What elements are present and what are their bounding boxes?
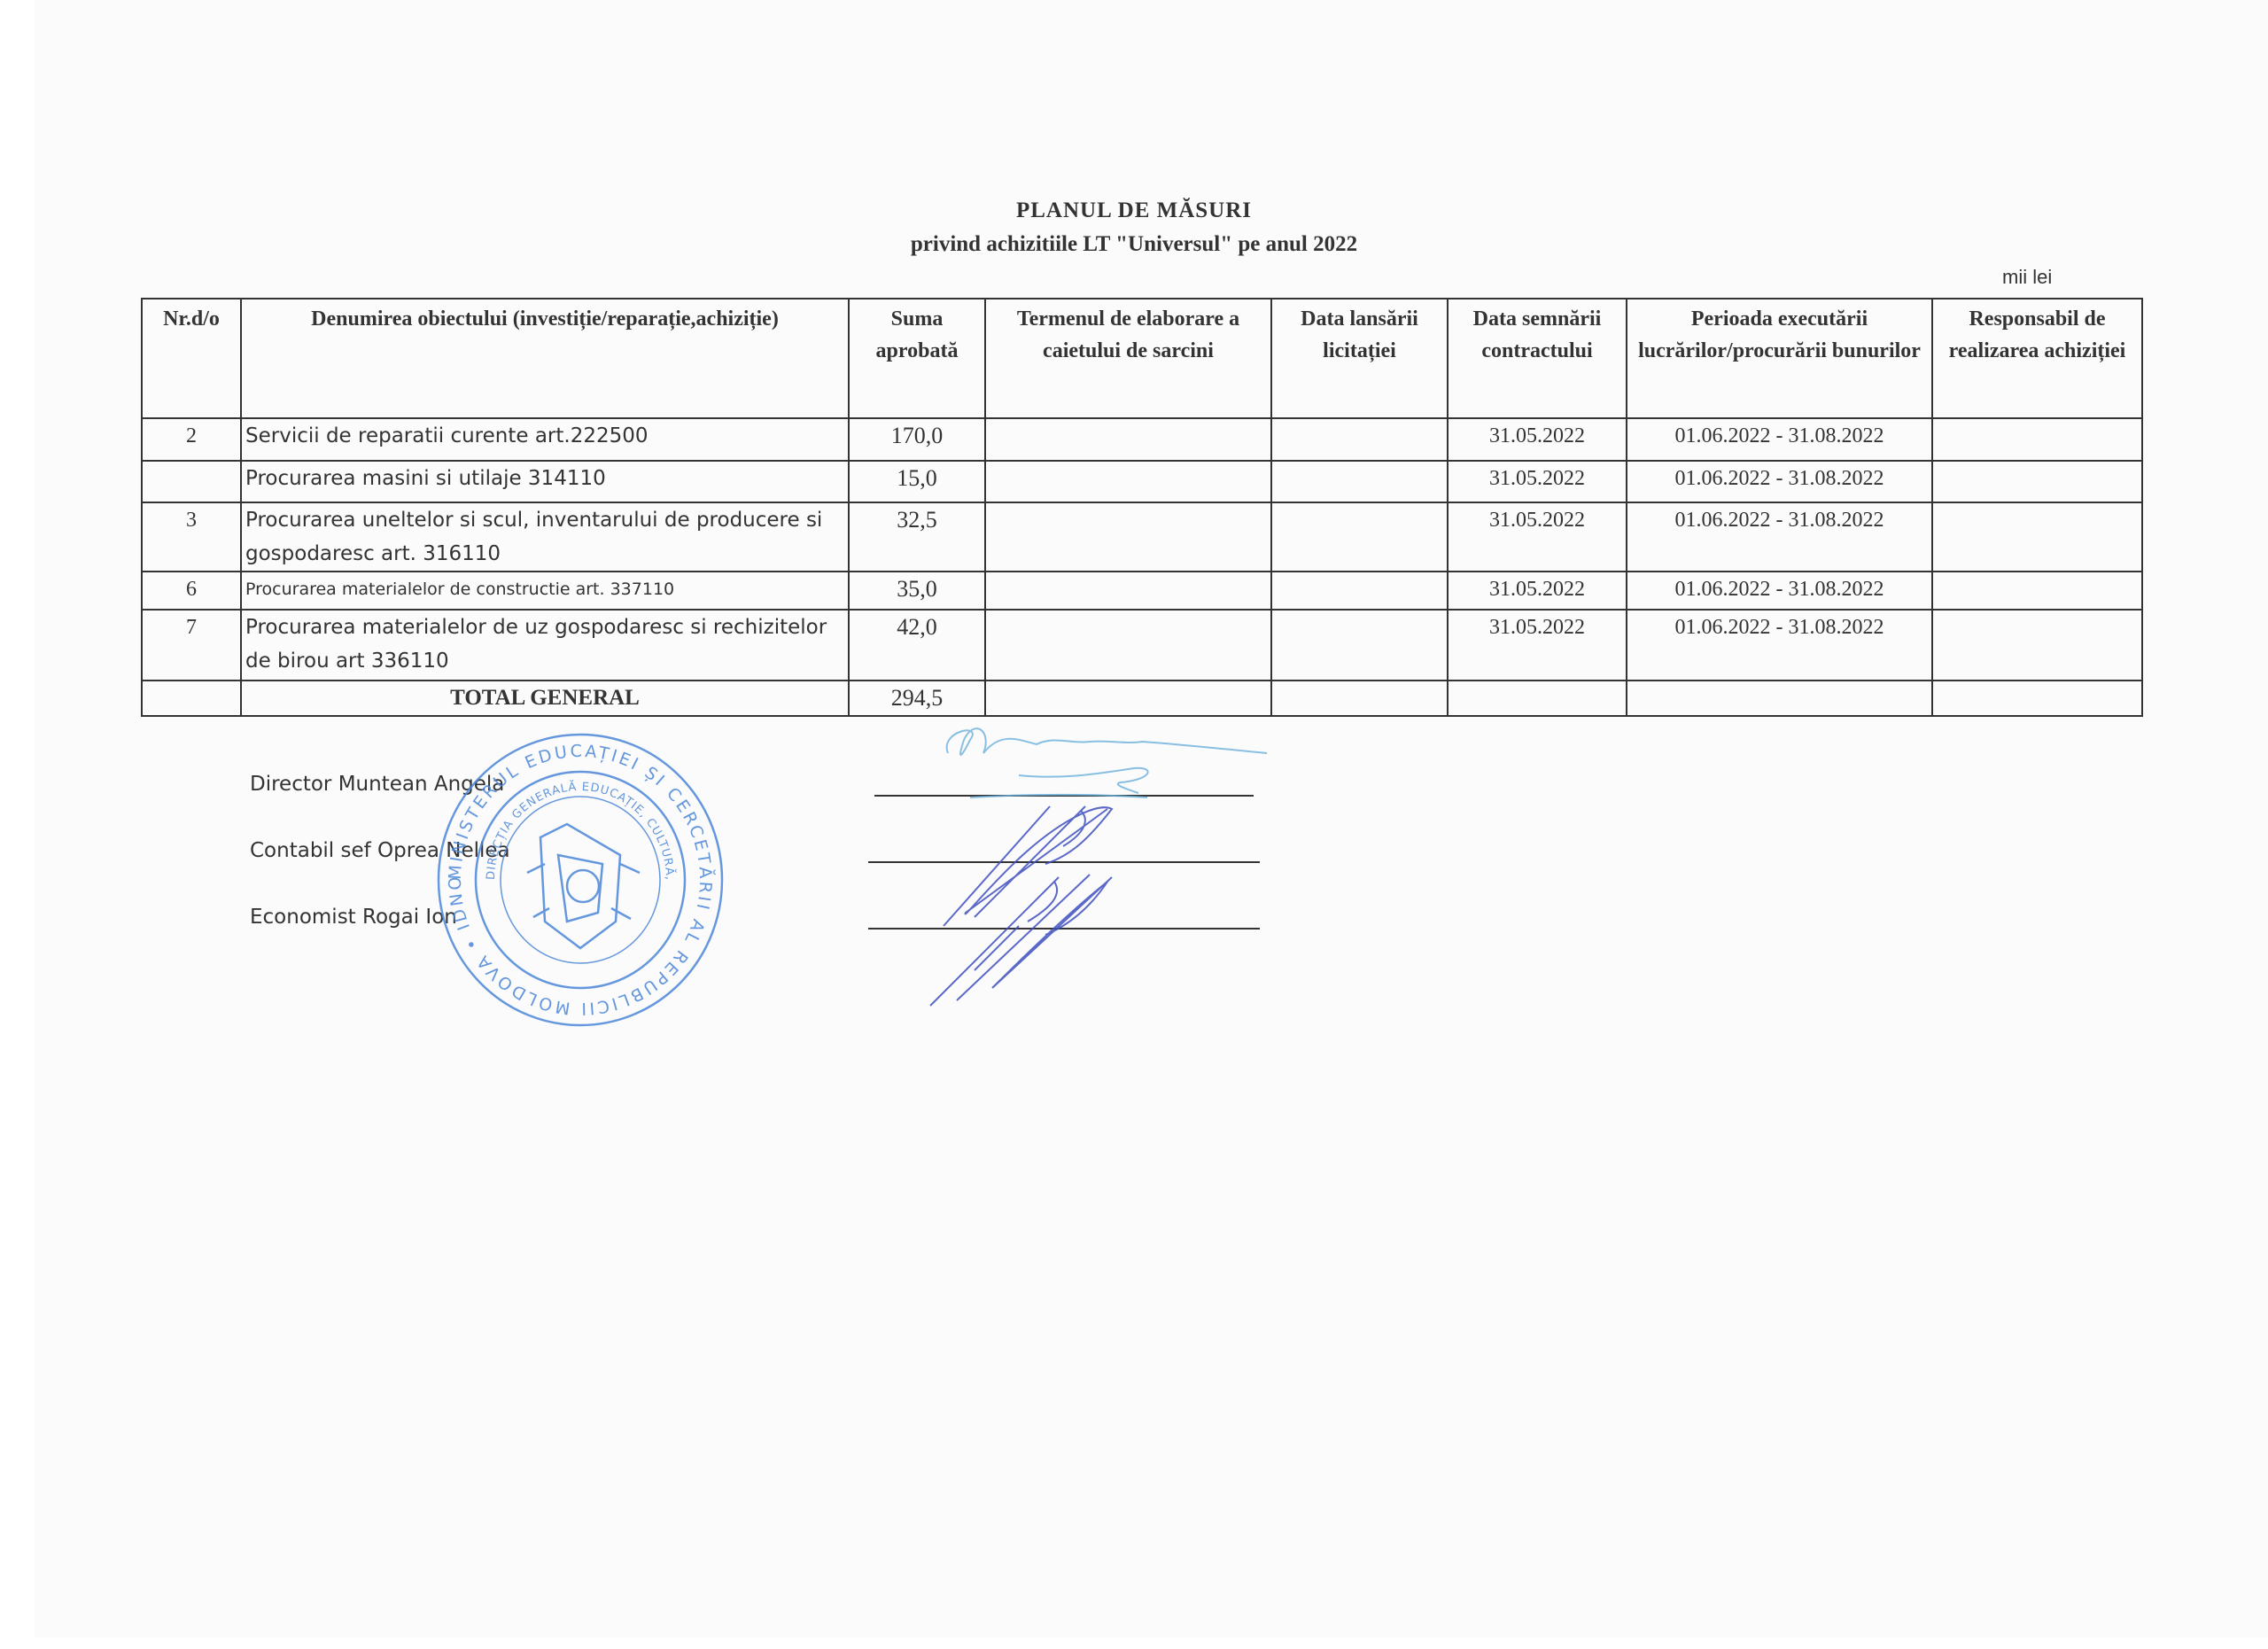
table-row: 2Servicii de reparatii curente art.22250… [142,418,2142,461]
row-sum: 170,0 [849,418,985,461]
row-term [985,610,1271,681]
row-number: 3 [142,502,241,572]
row-signed-date: 31.05.2022 [1448,418,1627,461]
header-term: Termenul de elaborare a caietului de sar… [985,299,1271,418]
total-empty [1271,681,1448,716]
table-row: 6Procurarea materialelor de constructie … [142,572,2142,610]
header-responsible: Responsabil de realizarea achiziției [1932,299,2142,418]
table-header-row: Nr.d/o Denumirea obiectului (investiție/… [142,299,2142,418]
row-signed-date: 31.05.2022 [1448,502,1627,572]
total-empty [1932,681,2142,716]
header-name: Denumirea obiectului (investiție/reparaț… [241,299,849,418]
row-name: Procurarea uneltelor si scul, inventarul… [241,502,849,572]
document-subtitle: privind achizitiile LT "Universul" pe an… [0,232,2268,257]
row-number: 2 [142,418,241,461]
row-sum: 35,0 [849,572,985,610]
total-empty [1627,681,1932,716]
row-sum: 32,5 [849,502,985,572]
row-period: 01.06.2022 - 31.08.2022 [1627,502,1932,572]
signature-economist [930,875,1112,1006]
row-responsible [1932,502,2142,572]
row-number [142,461,241,502]
row-period: 01.06.2022 - 31.08.2022 [1627,461,1932,502]
row-name: Procurarea materialelor de uz gospodares… [241,610,849,681]
row-sum: 42,0 [849,610,985,681]
handwritten-signatures [886,704,1276,1010]
row-signed-date: 31.05.2022 [1448,610,1627,681]
row-sum: 15,0 [849,461,985,502]
row-term [985,572,1271,610]
row-period: 01.06.2022 - 31.08.2022 [1627,418,1932,461]
row-number: 7 [142,610,241,681]
row-responsible [1932,461,2142,502]
row-term [985,461,1271,502]
row-signed-date: 31.05.2022 [1448,572,1627,610]
total-label: TOTAL GENERAL [241,681,849,716]
row-name: Servicii de reparatii curente art.222500 [241,418,849,461]
signatory-economist: Economist Rogai Ion [250,906,457,929]
unit-label: mii lei [2002,266,2052,289]
row-name: Procurarea materialelor de constructie a… [241,572,849,610]
row-term [985,418,1271,461]
table-row: 7Procurarea materialelor de uz gospodare… [142,610,2142,681]
header-signed: Data semnării contractului [1448,299,1627,418]
total-empty [1448,681,1627,716]
row-responsible [1932,610,2142,681]
row-responsible [1932,572,2142,610]
table-row: 3Procurarea uneltelor si scul, inventaru… [142,502,2142,572]
row-number: 6 [142,572,241,610]
row-period: 01.06.2022 - 31.08.2022 [1627,610,1932,681]
header-nr: Nr.d/o [142,299,241,418]
row-signed-date: 31.05.2022 [1448,461,1627,502]
header-launch: Data lansării licitației [1271,299,1448,418]
official-stamp: MINISTERUL EDUCAȚIEI ȘI CERCETĂRII AL RE… [434,731,726,1028]
row-period: 01.06.2022 - 31.08.2022 [1627,572,1932,610]
row-launch [1271,418,1448,461]
procurement-table: Nr.d/o Denumirea obiectului (investiție/… [141,298,2143,717]
row-responsible [1932,418,2142,461]
row-launch [1271,502,1448,572]
signature-director [947,728,1267,797]
document-title: PLANUL DE MĂSURI [0,198,2268,223]
total-empty [142,681,241,716]
row-term [985,502,1271,572]
row-launch [1271,461,1448,502]
row-launch [1271,610,1448,681]
row-name: Procurarea masini si utilaje 314110 [241,461,849,502]
row-launch [1271,572,1448,610]
table-row: Procurarea masini si utilaje 31411015,03… [142,461,2142,502]
header-period: Perioada executării lucrărilor/procurări… [1627,299,1932,418]
header-sum: Suma aprobată [849,299,985,418]
